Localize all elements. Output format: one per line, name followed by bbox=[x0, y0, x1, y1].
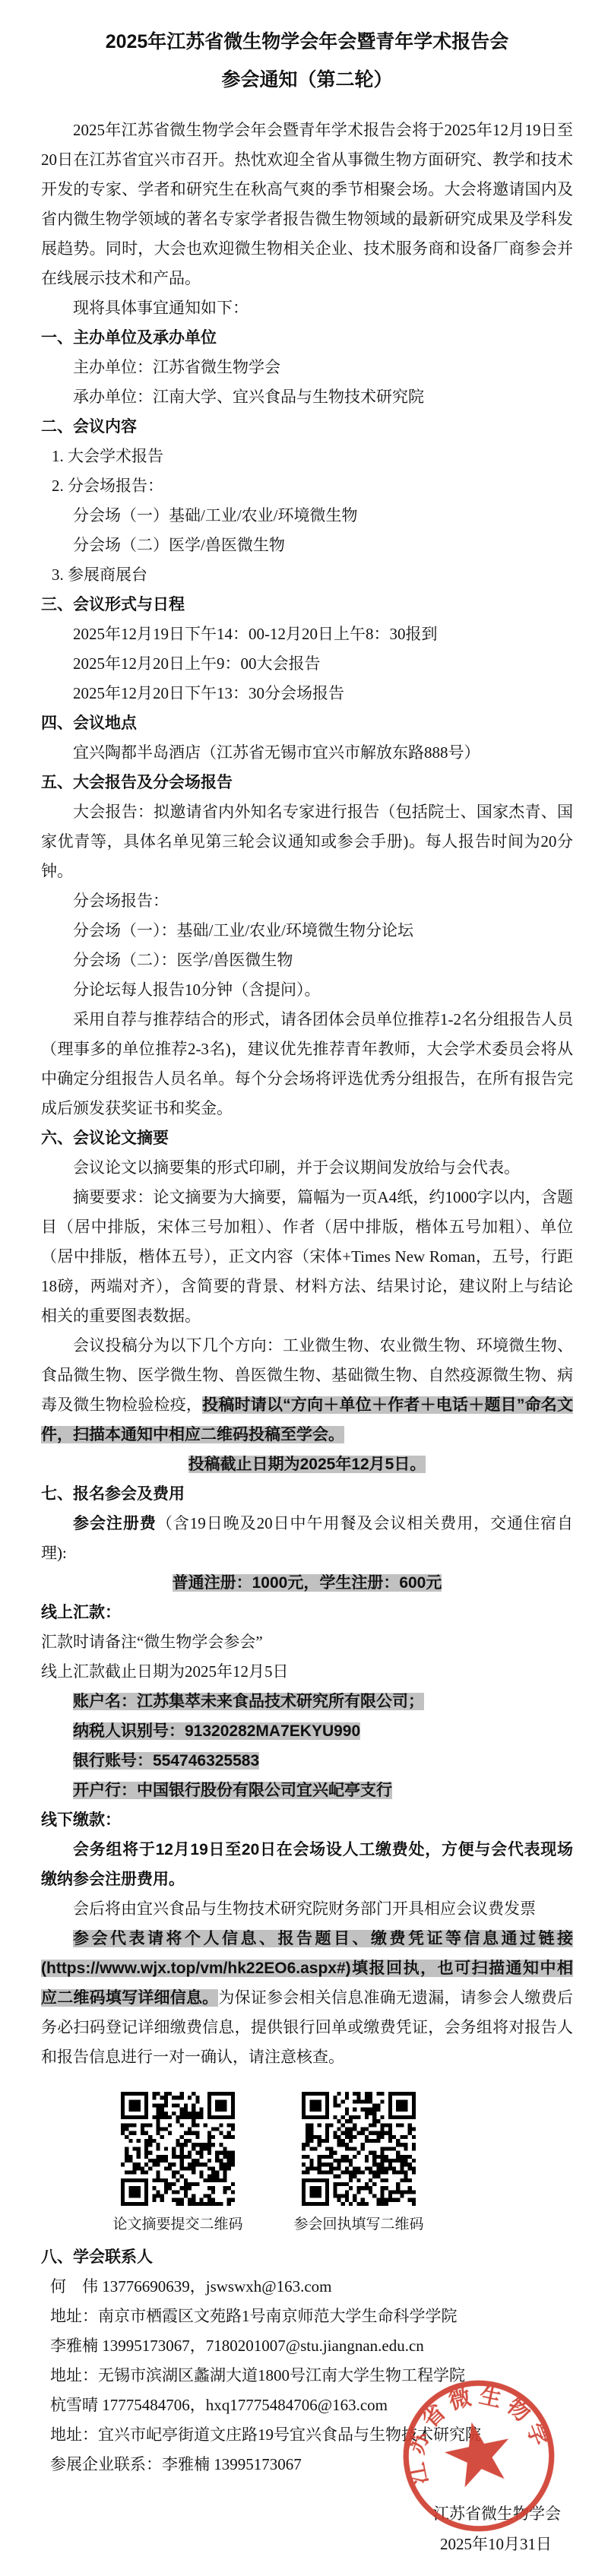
text-run: 地址：无锡市滨湖区蠡湖大道1800号江南大学生物工程学院 bbox=[50, 2366, 465, 2384]
qr-code-row: 论文摘要提交二维码 参会回执填写二维码 bbox=[41, 2092, 573, 2238]
text-run: 分会场（一）基础/工业/农业/环境微生物 bbox=[73, 506, 358, 524]
section-heading: 八、学会联系人 bbox=[41, 2242, 573, 2272]
registration-url[interactable]: (https://www.wjx.top/vm/hk22EO6.aspx#) bbox=[41, 1960, 351, 1977]
contact-line: 李雅楠 13995173067，7180201007@stu.jiangnan.… bbox=[41, 2331, 573, 2361]
text-run: 采用自荐与推荐结合的形式，请各团体会员单位推荐1-2名分组报告人员（理事多的单位… bbox=[41, 1010, 573, 1117]
indented-line: 银行账号：554746325583 bbox=[41, 1746, 573, 1776]
abstract-qr-caption: 论文摘要提交二维码 bbox=[113, 2212, 243, 2238]
paragraph: 会务组将于12月19日至20日在会场设人工缴费处，方便与会代表现场缴纳参会注册费… bbox=[41, 1835, 573, 1894]
paragraph: 会后将由宜兴食品与生物技术研究院财务部门开具相应会议费发票 bbox=[41, 1894, 573, 1924]
official-seal: 江苏省微生物学会 bbox=[386, 2363, 572, 2549]
text-run: 普通注册：1000元，学生注册：600元 bbox=[173, 1574, 442, 1592]
indented-line: 账户名：江苏集萃未来食品技术研究所有限公司； bbox=[41, 1687, 573, 1716]
registration-receipt-qr-code bbox=[302, 2092, 416, 2206]
text-run: 3. 参展商展台 bbox=[52, 566, 147, 584]
text-run: 宜兴陶都半岛酒店（江苏省无锡市宜兴市解放东路888号） bbox=[73, 743, 480, 762]
text-run: 1. 大会学术报告 bbox=[52, 447, 163, 465]
text-run: 账户名：江苏集萃未来食品技术研究所有限公司； bbox=[73, 1693, 424, 1710]
text-run: 参展企业联系：李雅楠 13995173067 bbox=[50, 2455, 302, 2473]
contact-line: 地址：南京市栖霞区文苑路1号南京师范大学生命科学学院 bbox=[41, 2302, 573, 2331]
text-run: 线上汇款截止日期为2025年12月5日 bbox=[41, 1662, 289, 1681]
numbered-item: 1. 大会学术报告 bbox=[41, 442, 573, 471]
text-run: 分会场（二）：医学/兽医微生物 bbox=[73, 951, 293, 969]
text-run: 参会注册费 bbox=[73, 1515, 157, 1532]
section-heading: 三、会议形式与日程 bbox=[41, 590, 573, 619]
section-heading: 线上汇款： bbox=[41, 1598, 573, 1627]
abstract-submission-qr-code bbox=[121, 2092, 235, 2206]
numbered-item: 3. 参展商展台 bbox=[41, 560, 573, 590]
text-run: 2025年江苏省微生物学会年会暨青年学术报告会将于2025年12月19日至20日… bbox=[41, 121, 573, 287]
text-run: 会务组将于12月19日至20日在会场设人工缴费处，方便与会代表现场缴纳参会注册费… bbox=[41, 1841, 573, 1888]
receipt-qr-caption: 参会回执填写二维码 bbox=[294, 2212, 424, 2238]
document-blocks: 2025年江苏省微生物学会年会暨青年学术报告会将于2025年12月19日至20日… bbox=[41, 116, 573, 2479]
paragraph: 采用自荐与推荐结合的形式，请各团体会员单位推荐1-2名分组报告人员（理事多的单位… bbox=[41, 1005, 573, 1123]
indented-line: 分论坛每人报告10分钟（含提问）。 bbox=[41, 975, 573, 1005]
text-run: 分会场报告： bbox=[73, 892, 169, 910]
text-run: 地址：南京市栖霞区文苑路1号南京师范大学生命科学学院 bbox=[50, 2307, 458, 2325]
text-line: 汇款时请备注“微生物学会参会” bbox=[41, 1627, 573, 1657]
contact-line: 何 伟 13776690639，jswswxh@163.com bbox=[41, 2272, 573, 2302]
indented-line: 开户行：中国银行股份有限公司宜兴屺亭支行 bbox=[41, 1776, 573, 1805]
indented-line: 主办单位：江苏省微生物学会 bbox=[41, 353, 573, 382]
text-run: 杭雪晴 17775484706，hxq17775484706@163.com bbox=[50, 2396, 388, 2414]
indented-line: 分会场报告： bbox=[41, 886, 573, 916]
document-title-line2: 参会通知（第二轮） bbox=[41, 61, 573, 99]
text-run: 银行账号：554746325583 bbox=[73, 1752, 259, 1770]
section-heading: 四、会议地点 bbox=[41, 708, 573, 738]
section-heading: 一、主办单位及承办单位 bbox=[41, 323, 573, 353]
indented-line: 分会场（一）：基础/工业/农业/环境微生物分论坛 bbox=[41, 916, 573, 946]
text-run: 参会代表请将个人信息、报告题目、缴费凭证等信息通过链接 bbox=[73, 1930, 573, 1947]
indented-line: 2025年12月20日上午9：00大会报告 bbox=[41, 649, 573, 679]
text-run: 会后将由宜兴食品与生物技术研究院财务部门开具相应会议费发票 bbox=[73, 1900, 536, 1918]
receipt-qr-figure: 参会回执填写二维码 bbox=[301, 2092, 416, 2238]
paragraph: 大会报告：拟邀请省内外知名专家进行报告（包括院士、国家杰青、国家优青等，具体名单… bbox=[41, 797, 573, 886]
text-run: 开户行：中国银行股份有限公司宜兴屺亭支行 bbox=[73, 1782, 392, 1799]
text-run: 李雅楠 13995173067，7180201007@stu.jiangnan.… bbox=[50, 2337, 424, 2355]
text-run: 投稿截止日期为2025年12月5日。 bbox=[188, 1456, 426, 1473]
text-run: 分论坛每人报告10分钟（含提问）。 bbox=[73, 981, 321, 999]
section-heading: 五、大会报告及分会场报告 bbox=[41, 768, 573, 797]
indented-line: 2025年12月19日下午14：00-12月20日上午8：30报到 bbox=[41, 619, 573, 649]
text-run: 汇款时请备注“微生物学会参会” bbox=[41, 1633, 263, 1651]
text-line: 线上汇款截止日期为2025年12月5日 bbox=[41, 1657, 573, 1687]
abstract-qr-figure: 论文摘要提交二维码 bbox=[120, 2092, 236, 2238]
paragraph: 参会代表请将个人信息、报告题目、缴费凭证等信息通过链接(https://www.… bbox=[41, 1924, 573, 2072]
section-heading: 二、会议内容 bbox=[41, 412, 573, 442]
text-run: 大会报告：拟邀请省内外知名专家进行报告（包括院士、国家杰青、国家优青等，具体名单… bbox=[41, 803, 573, 880]
document-title-line1: 2025年江苏省微生物学会年会暨青年学术报告会 bbox=[41, 23, 573, 61]
text-run: 2025年12月20日上午9：00大会报告 bbox=[73, 654, 321, 673]
paragraph: 会议论文以摘要集的形式印刷，并于会议期间发放给与会代表。 bbox=[41, 1153, 573, 1183]
text-run: 会议论文以摘要集的形式印刷，并于会议期间发放给与会代表。 bbox=[73, 1158, 520, 1177]
numbered-item: 2. 分会场报告： bbox=[41, 471, 573, 501]
centered-highlight-line: 投稿截止日期为2025年12月5日。 bbox=[41, 1450, 573, 1479]
paragraph: 会议投稿分为以下几个方向：工业微生物、农业微生物、环境微生物、食品微生物、医学微… bbox=[41, 1331, 573, 1450]
indented-line: 承办单位：江南大学、宜兴食品与生物技术研究院 bbox=[41, 382, 573, 412]
indented-line: 分会场（二）：医学/兽医微生物 bbox=[41, 946, 573, 975]
indented-line: 分会场（二）医学/兽医微生物 bbox=[41, 531, 573, 560]
text-run: 分会场（二）医学/兽医微生物 bbox=[73, 536, 285, 554]
paragraph: 摘要要求：论文摘要为大摘要，篇幅为一页A4纸，约1000字以内，含题目（居中排版… bbox=[41, 1183, 573, 1331]
centered-highlight-line: 普通注册：1000元，学生注册：600元 bbox=[41, 1568, 573, 1598]
section-heading: 六、会议论文摘要 bbox=[41, 1123, 573, 1153]
text-run: 2025年12月19日下午14：00-12月20日上午8：30报到 bbox=[73, 625, 438, 643]
text-run: 现将具体事宜通知如下： bbox=[73, 299, 249, 317]
indented-line: 纳税人识别号：91320282MA7EKYU990 bbox=[41, 1716, 573, 1746]
text-run: 2025年12月20日下午13：30分会场报告 bbox=[73, 684, 344, 702]
text-run: 摘要要求：论文摘要为大摘要，篇幅为一页A4纸，约1000字以内，含题目（居中排版… bbox=[41, 1188, 573, 1325]
indented-line: 分会场（一）基础/工业/农业/环境微生物 bbox=[41, 501, 573, 531]
text-run: 2. 分会场报告： bbox=[52, 477, 163, 495]
indented-line: 2025年12月20日下午13：30分会场报告 bbox=[41, 679, 573, 708]
text-run: 分会场（一）：基础/工业/农业/环境微生物分论坛 bbox=[73, 921, 413, 939]
section-heading: 七、报名参会及费用 bbox=[41, 1479, 573, 1509]
paragraph: 2025年江苏省微生物学会年会暨青年学术报告会将于2025年12月19日至20日… bbox=[41, 116, 573, 293]
text-run: 主办单位：江苏省微生物学会 bbox=[73, 358, 280, 376]
text-run: 纳税人识别号：91320282MA7EKYU990 bbox=[73, 1722, 360, 1740]
document-body: 2025年江苏省微生物学会年会暨青年学术报告会 参会通知（第二轮） 2025年江… bbox=[0, 0, 608, 2479]
text-run: 承办单位：江南大学、宜兴食品与生物技术研究院 bbox=[73, 388, 424, 406]
section-heading: 线下缴款： bbox=[41, 1805, 573, 1835]
notice-page: 2025年江苏省微生物学会年会暨青年学术报告会 参会通知（第二轮） 2025年江… bbox=[0, 0, 608, 2576]
text-run: 何 伟 13776690639，jswswxh@163.com bbox=[50, 2277, 332, 2296]
paragraph: 现将具体事宜通知如下： bbox=[41, 293, 573, 323]
paragraph: 参会注册费（含19日晚及20日中午用餐及会议相关费用，交通住宿自理): bbox=[41, 1509, 573, 1568]
seal-star-icon bbox=[439, 2416, 516, 2490]
indented-line: 宜兴陶都半岛酒店（江苏省无锡市宜兴市解放东路888号） bbox=[41, 738, 573, 768]
